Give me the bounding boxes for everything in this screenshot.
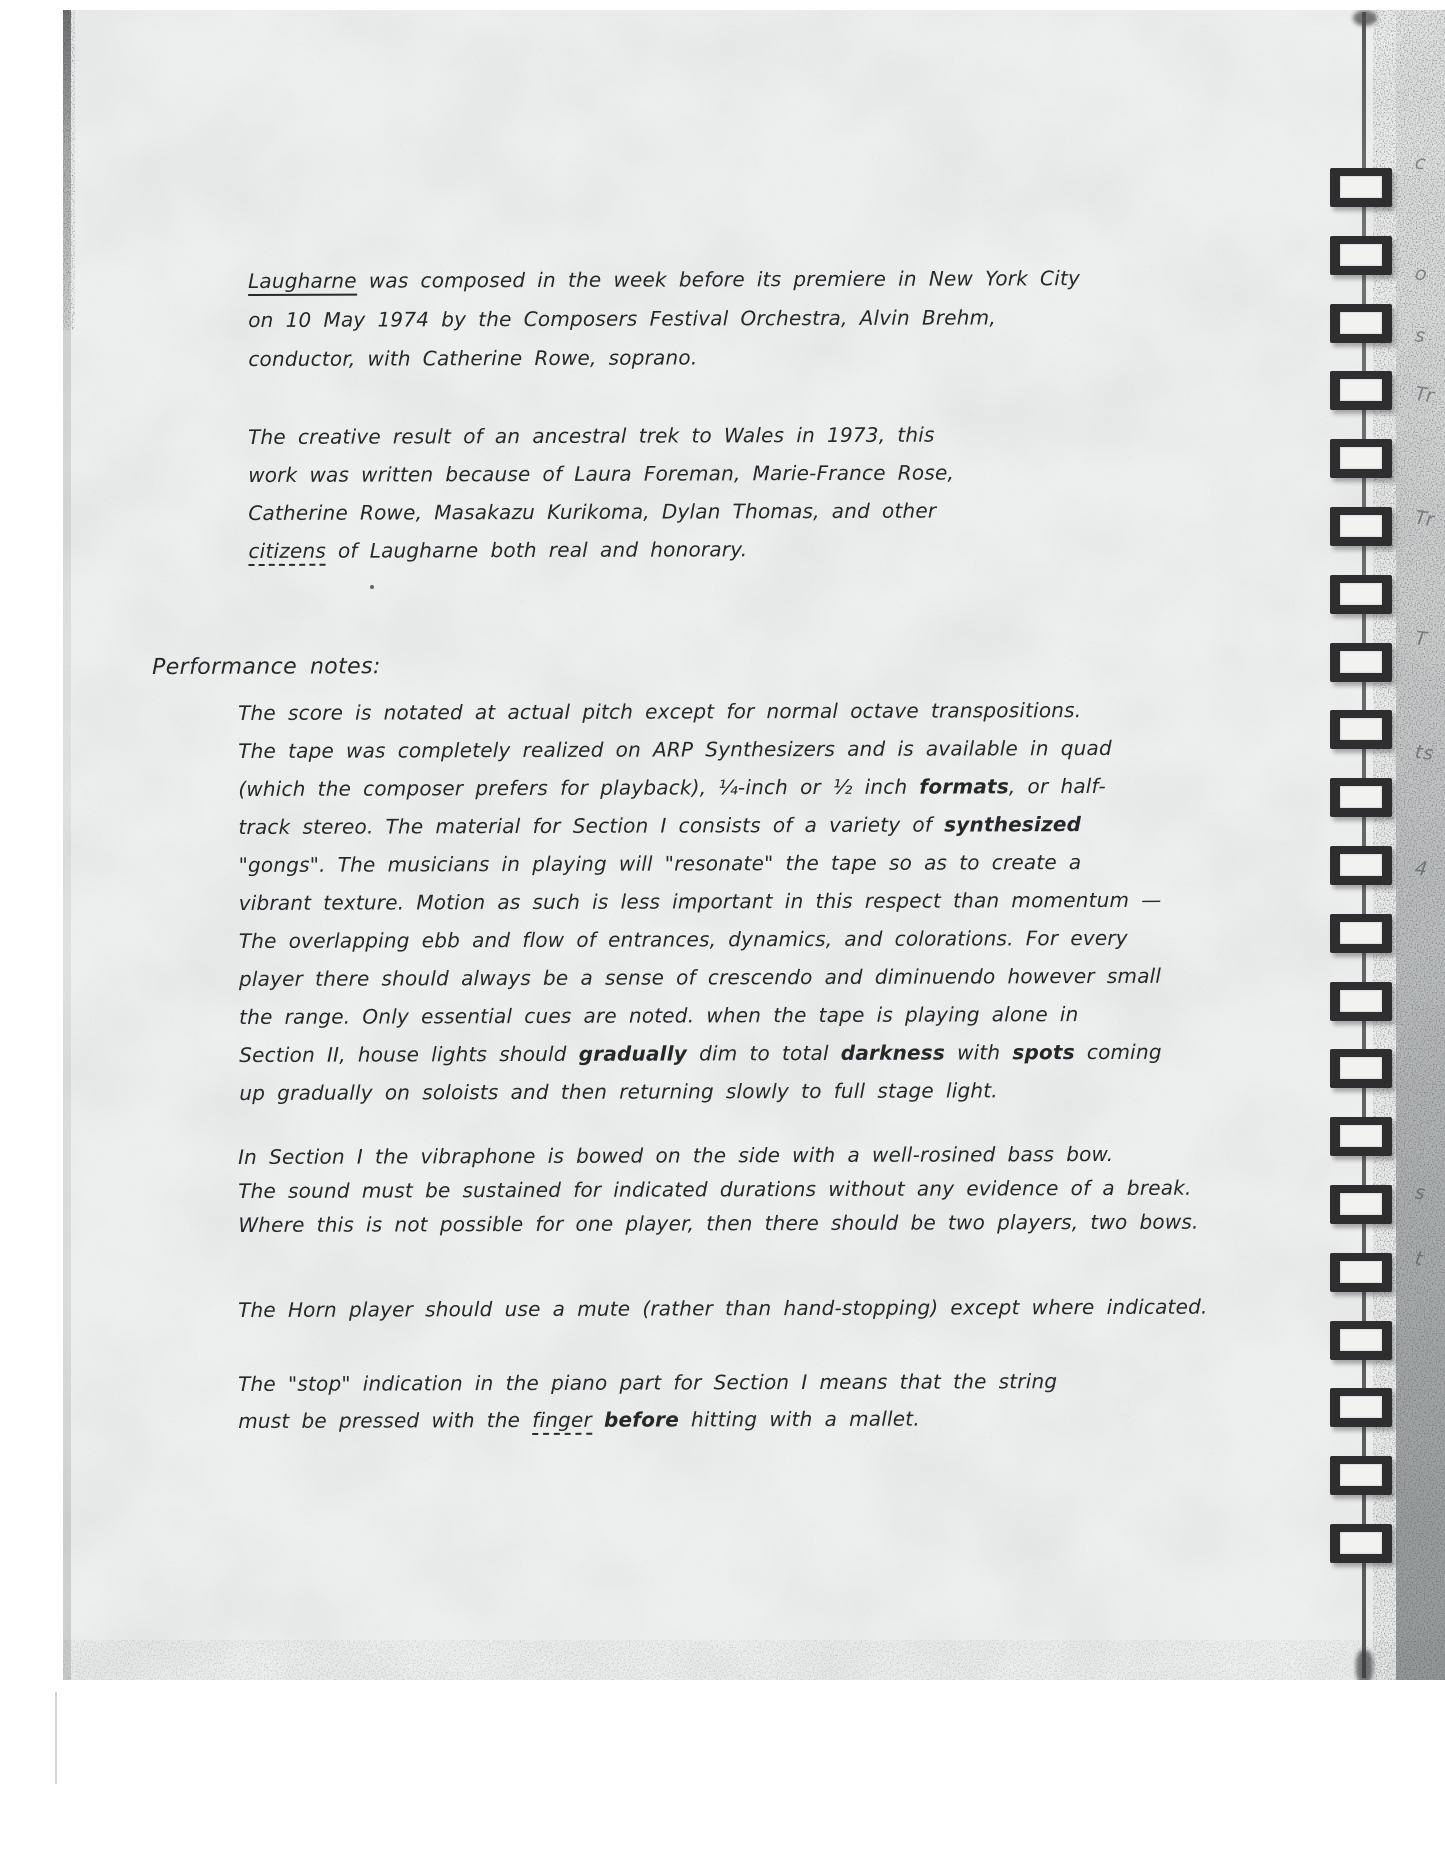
binding-hole xyxy=(1330,1456,1392,1495)
bleed-through-fragment: Tr xyxy=(1414,507,1437,532)
binding-hole xyxy=(1330,643,1392,682)
binding-hole xyxy=(1330,914,1392,953)
text-line: must be pressed with the finger before h… xyxy=(238,1400,1057,1440)
text-line: citizens of Laugharne both real and hono… xyxy=(248,530,954,570)
text-line: The "stop" indication in the piano part … xyxy=(238,1363,1057,1403)
section-heading: Performance notes: xyxy=(152,654,381,680)
paragraph-horn: The Horn player should use a mute (rathe… xyxy=(238,1288,1208,1329)
binding-hole xyxy=(1330,1253,1392,1292)
text-line: work was written because of Laura Forema… xyxy=(248,454,954,494)
text-line: The creative result of an ancestral trek… xyxy=(248,416,954,456)
text-line: "gongs". The musicians in playing will "… xyxy=(239,843,1162,884)
text-segment: , or half- xyxy=(1009,774,1106,798)
binding-hole xyxy=(1330,1117,1392,1156)
scanned-document-canvas: cosTrTrTts4st Laugharne was composed in … xyxy=(0,0,1445,1858)
binding-hole xyxy=(1330,507,1392,546)
binding-hole xyxy=(1330,168,1392,207)
binding-hole xyxy=(1330,1321,1392,1360)
bleed-through-fragment: Tr xyxy=(1414,383,1437,408)
text-line: up gradually on soloists and then return… xyxy=(239,1071,1162,1112)
bleed-through-fragment: ts xyxy=(1414,741,1436,765)
text-segment: was composed in the week before its prem… xyxy=(357,266,1080,293)
paragraph-dedication: The creative result of an ancestral trek… xyxy=(248,416,954,570)
binding-hole xyxy=(1330,982,1392,1021)
paragraph-vibraphone: In Section I the vibraphone is bowed on … xyxy=(238,1137,1199,1242)
text-segment xyxy=(592,1408,604,1432)
text-line: The tape was completely realized on ARP … xyxy=(238,729,1161,770)
bleed-through-fragment: T xyxy=(1414,627,1430,651)
emphasized-word: formats xyxy=(919,774,1009,798)
paragraph-piano-stop: The "stop" indication in the piano part … xyxy=(238,1363,1057,1440)
binding-hole xyxy=(1330,1049,1392,1088)
spine-line-bottom-mark xyxy=(1356,1650,1373,1680)
emphasized-word: darkness xyxy=(841,1041,945,1065)
stray-ink-dot xyxy=(370,585,374,589)
binding-hole xyxy=(1330,778,1392,817)
binding-edge-shadow xyxy=(1396,10,1445,1680)
text-line: Catherine Rowe, Masakazu Kurikoma, Dylan… xyxy=(248,492,954,532)
text-segment: must be pressed with the xyxy=(238,1408,532,1433)
text-line: Section II, house lights should graduall… xyxy=(239,1033,1162,1074)
emphasized-word: before xyxy=(604,1407,679,1431)
scanner-artifact-line xyxy=(55,1692,57,1784)
binding-hole xyxy=(1330,710,1392,749)
binding-hole xyxy=(1330,304,1392,343)
text-segment: with xyxy=(945,1040,1012,1064)
binding-hole xyxy=(1330,1185,1392,1224)
text-line: on 10 May 1974 by the Composers Festival… xyxy=(248,298,1080,340)
text-segment: of Laugharne both real and honorary. xyxy=(326,537,747,562)
text-segment: track stereo. The material for Section I… xyxy=(238,813,944,839)
emphasized-word: spots xyxy=(1012,1040,1075,1064)
text-line: player there should always be a sense of… xyxy=(239,957,1162,998)
binding-hole xyxy=(1330,575,1392,614)
text-line: vibrant texture. Motion as such is less … xyxy=(239,881,1162,922)
text-line: Laugharne was composed in the week befor… xyxy=(248,259,1080,301)
emphasized-word: gradually xyxy=(579,1041,687,1065)
spine-line-top-mark xyxy=(1353,10,1377,26)
text-segment: coming xyxy=(1075,1040,1162,1064)
text-line: track stereo. The material for Section I… xyxy=(238,805,1161,846)
text-line: conductor, with Catherine Rowe, soprano. xyxy=(248,337,1080,379)
binding-hole xyxy=(1330,236,1392,275)
text-segment: Section II, house lights should xyxy=(239,1042,579,1067)
text-line: The sound must be sustained for indicate… xyxy=(238,1171,1198,1208)
underlined-word: citizens xyxy=(248,539,326,566)
binding-hole xyxy=(1330,371,1392,410)
page-left-edge xyxy=(63,10,71,1680)
emphasized-word: synthesized xyxy=(944,812,1081,836)
text-line: The overlapping ebb and flow of entrance… xyxy=(239,919,1162,960)
text-line: In Section I the vibraphone is bowed on … xyxy=(238,1137,1198,1174)
binding-hole xyxy=(1330,1388,1392,1427)
notebook-page: cosTrTrTts4st Laugharne was composed in … xyxy=(63,10,1445,1680)
binding-hole xyxy=(1330,846,1392,885)
text-line: Where this is not possible for one playe… xyxy=(238,1205,1198,1242)
text-line: The score is notated at actual pitch exc… xyxy=(238,691,1161,732)
paragraph-premiere: Laugharne was composed in the week befor… xyxy=(248,259,1080,379)
text-segment: dim to total xyxy=(687,1041,841,1066)
text-line: the range. Only essential cues are noted… xyxy=(239,995,1162,1036)
text-line: (which the composer prefers for playback… xyxy=(238,767,1161,808)
text-line: The Horn player should use a mute (rathe… xyxy=(238,1288,1208,1329)
underlined-word: finger xyxy=(532,1408,592,1435)
binding-hole xyxy=(1330,1524,1392,1563)
text-segment: hitting with a mallet. xyxy=(679,1407,920,1432)
text-segment: (which the composer prefers for playback… xyxy=(238,775,919,801)
underlined-word: Laugharne xyxy=(248,269,357,296)
binding-hole xyxy=(1330,439,1392,478)
paragraph-performance-notes: The score is notated at actual pitch exc… xyxy=(238,691,1162,1112)
